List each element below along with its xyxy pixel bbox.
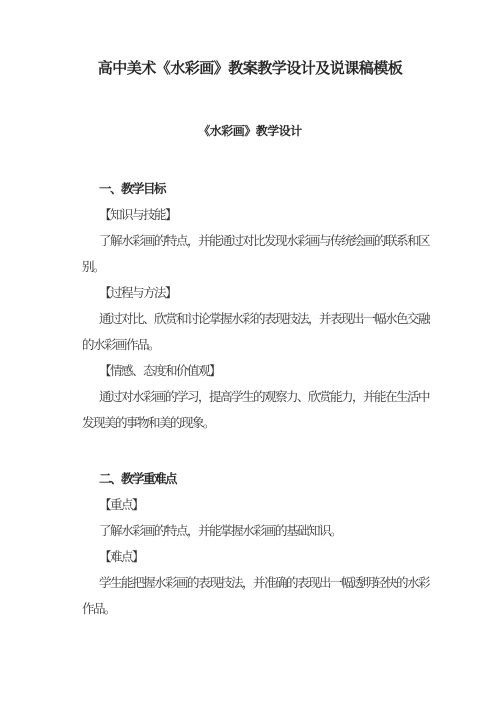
document-subtitle: 《水彩画》教学设计 [0, 80, 500, 140]
bracket-label-difficult-point: 【难点】 [82, 544, 432, 570]
bracket-label-key-point: 【重点】 [82, 492, 432, 518]
paragraph-key-point: 了解水彩画的特点，并能掌握水彩画的基础知识。 [82, 518, 432, 544]
bracket-label-process-methods: 【过程与方法】 [82, 280, 432, 306]
section-heading-key-difficult-points: 二、教学重难点 [82, 466, 432, 492]
paragraph-process-methods: 通过对比、欣赏和讨论掌握水彩的表现技法，并表现出一幅水色交融的水彩画作品。 [82, 306, 432, 358]
document-body: 一、教学目标 【知识与技能】 了解水彩画的特点，并能通过对比发现水彩画与传统绘画… [82, 176, 432, 622]
section-teaching-objectives: 一、教学目标 【知识与技能】 了解水彩画的特点，并能通过对比发现水彩画与传统绘画… [82, 176, 432, 436]
bracket-label-emotion-attitude-values: 【情感、态度和价值观】 [82, 358, 432, 384]
document-page: 高中美术《水彩画》教案教学设计及说课稿模板 《水彩画》教学设计 一、教学目标 【… [0, 0, 500, 707]
paragraph-knowledge-skills: 了解水彩画的特点，并能通过对比发现水彩画与传统绘画的联系和区别。 [82, 228, 432, 280]
section-key-difficult-points: 二、教学重难点 【重点】 了解水彩画的特点，并能掌握水彩画的基础知识。 【难点】… [82, 466, 432, 622]
paragraph-emotion-attitude-values: 通过对水彩画的学习，提高学生的观察力、欣赏能力，并能在生活中发现美的事物和美的现… [82, 384, 432, 436]
bracket-label-knowledge-skills: 【知识与技能】 [82, 202, 432, 228]
paragraph-difficult-point: 学生能把握水彩画的表现技法，并准确的表现出一幅透明轻快的水彩作品。 [82, 570, 432, 622]
section-heading-teaching-objectives: 一、教学目标 [82, 176, 432, 202]
document-title: 高中美术《水彩画》教案教学设计及说课稿模板 [0, 0, 500, 80]
